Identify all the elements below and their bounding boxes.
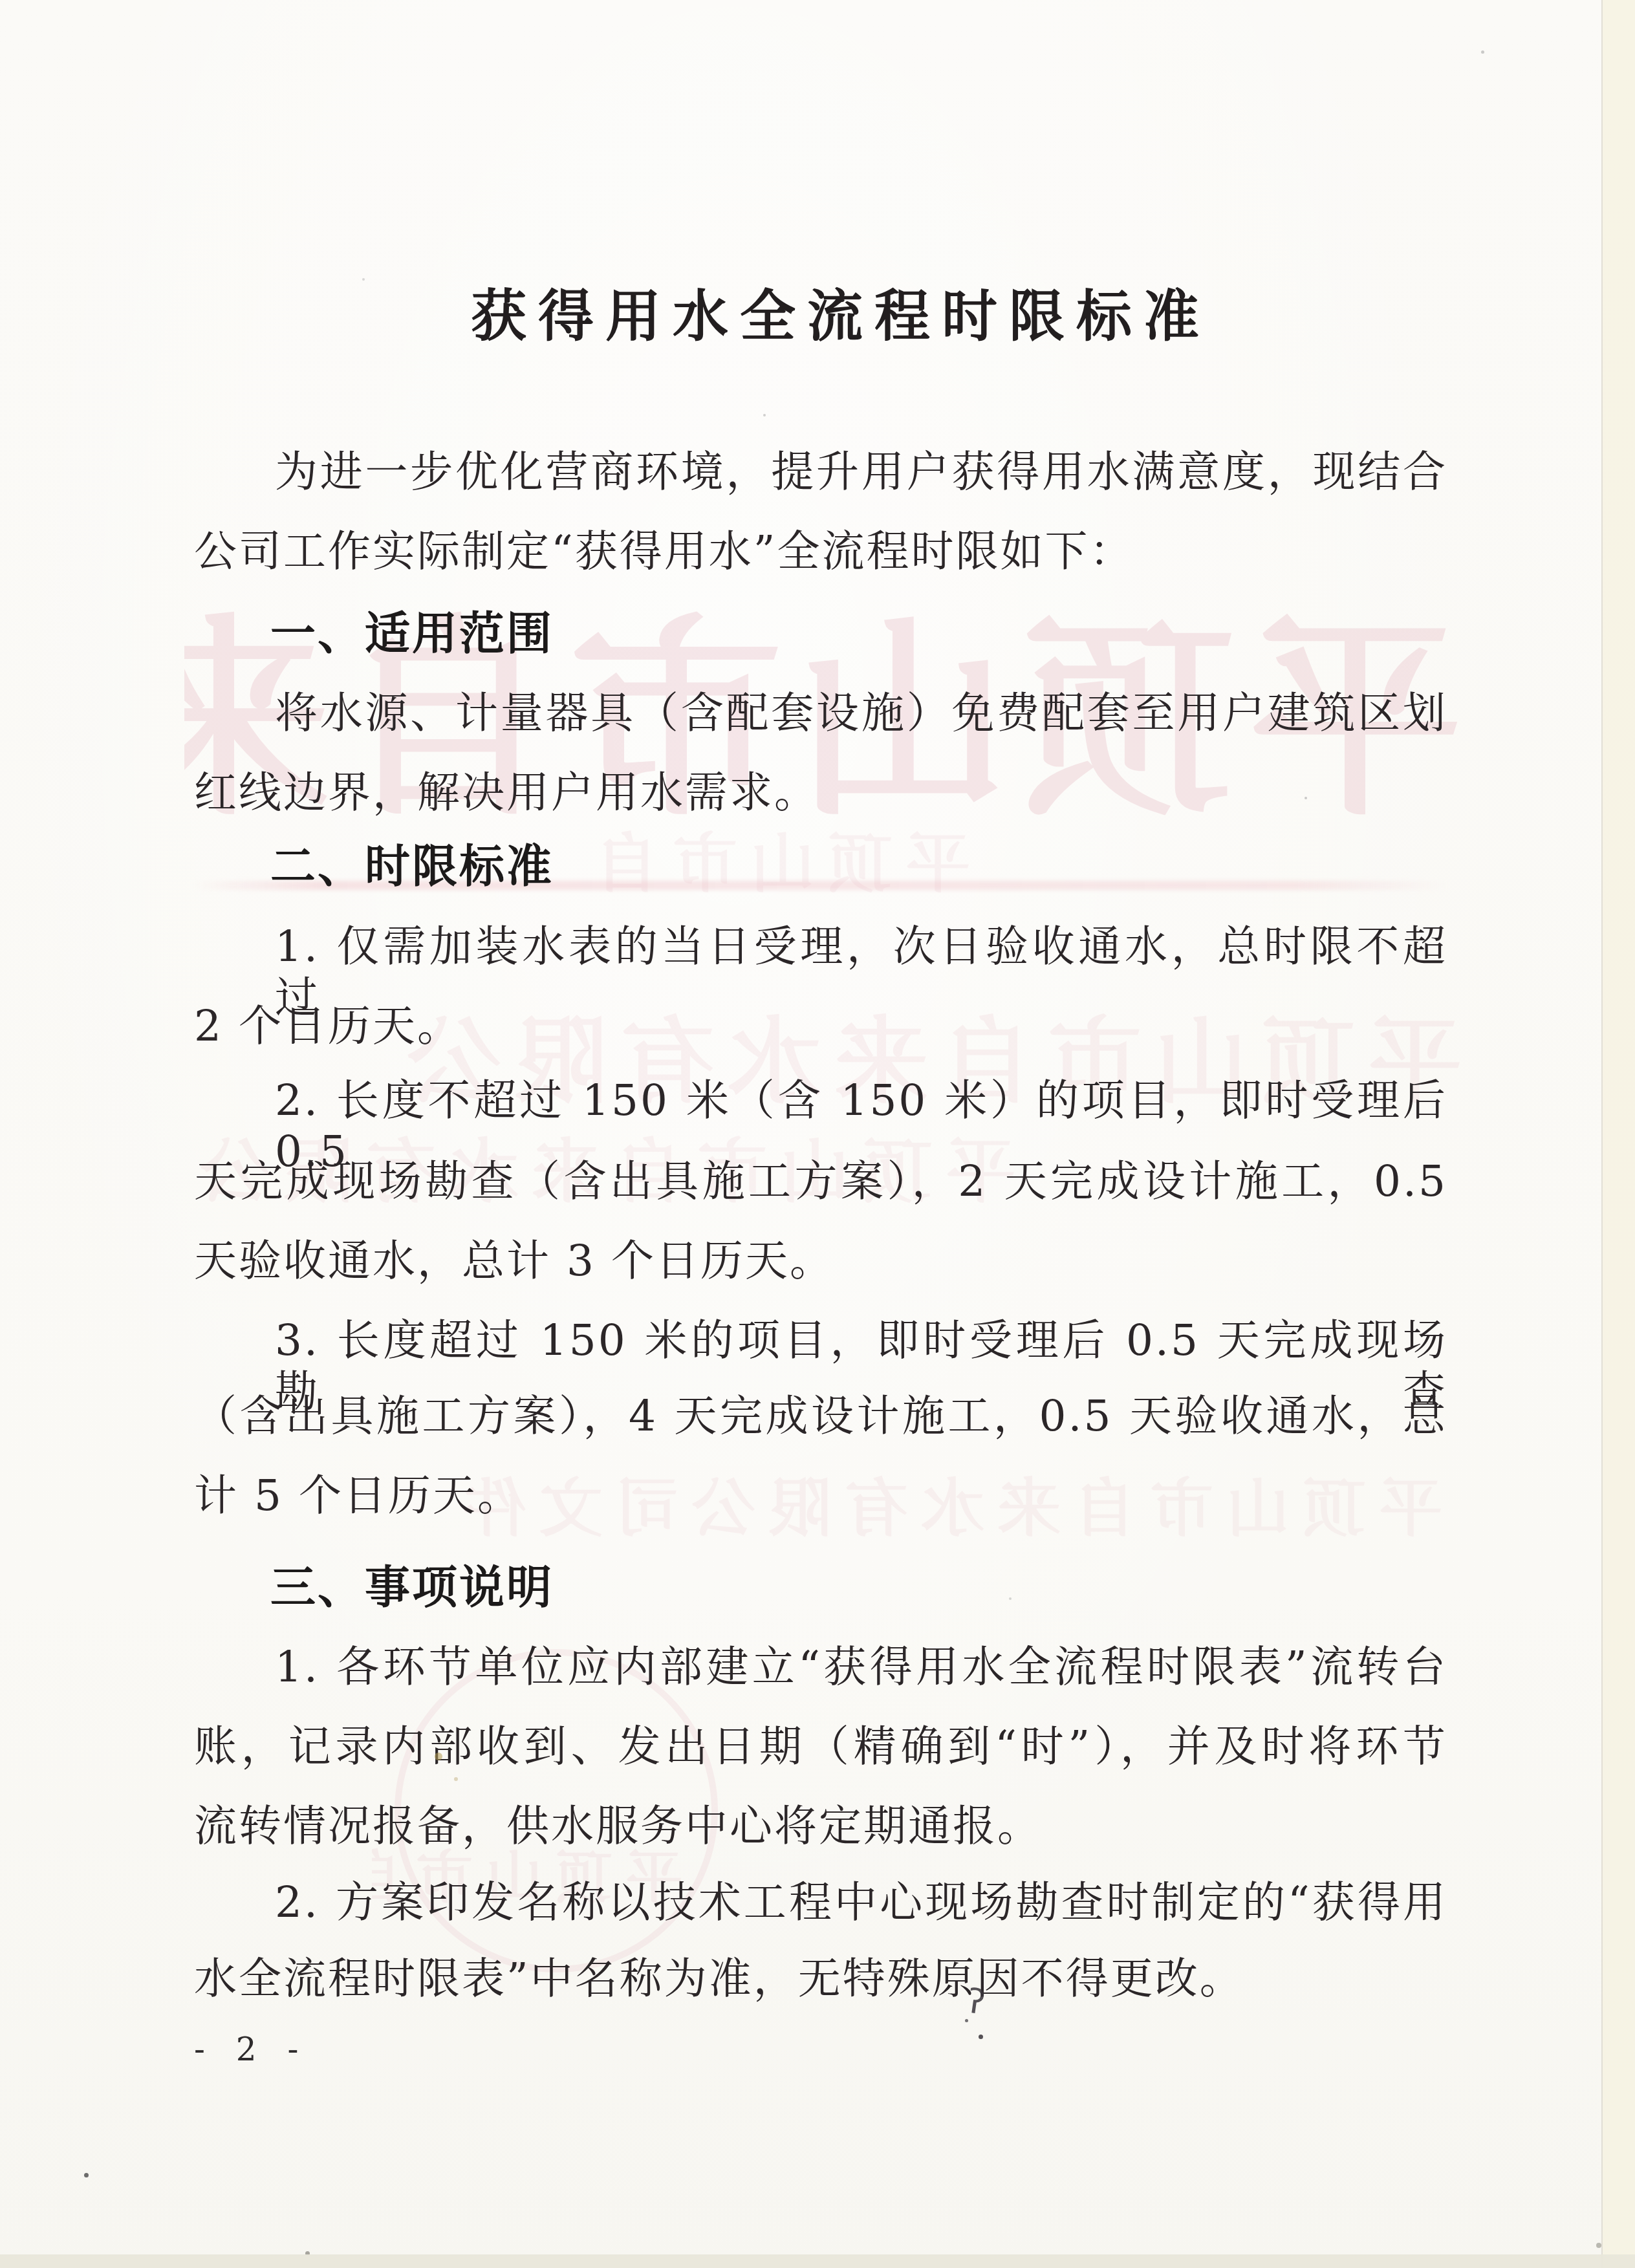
text-line: 流转情况报备，供水服务中心将定期通报。 — [194, 1800, 1042, 1852]
scan-speck — [1481, 50, 1484, 54]
scan-speck — [454, 1777, 458, 1781]
paper-right-edge-strip — [1603, 0, 1635, 2268]
text-line: 将水源、计量器具（含配套设施）免费配套至用户建筑区划 — [275, 687, 1447, 739]
paper-bottom-edge-strip — [0, 2254, 1635, 2268]
section-heading: 二、时限标准 — [270, 839, 554, 894]
text-line: 计 5 个日历天。 — [194, 1470, 522, 1521]
scanned-document-page: 平顶山市自来水有限公司文件平顶山市自来水有限公司文件平顶山市自来水有限公司文件平… — [0, 0, 1635, 2268]
text-line: 水全流程时限表”中名称为准，无特殊原因不得更改。 — [194, 1953, 1244, 2004]
scan-speck — [763, 414, 766, 416]
bleed-through-glyphs: 平顶山市自来水有限公司文件 — [414, 1473, 1442, 1544]
text-line: 公司工作实际制定“获得用水”全流程时限如下： — [194, 526, 1134, 577]
text-line: （含出具施工方案），4 天完成设计施工，0.5 天验收通水，总 — [194, 1390, 1447, 1442]
text-line: 账，记录内部收到、发出日期（精确到“时”），并及时将环节 — [194, 1721, 1447, 1772]
text-line: 2. 方案印发名称以技术工程中心现场勘查时制定的“获得用 — [275, 1877, 1447, 1928]
scan-speck — [1596, 2243, 1601, 2248]
text-line: 1. 各环节单位应内部建立“获得用水全流程时限表”流转台 — [275, 1641, 1447, 1692]
page-number: - 2 - — [194, 2031, 309, 2068]
scan-speck — [84, 2173, 89, 2177]
scan-speck — [1009, 1597, 1012, 1600]
text-line: 天完成现场勘查（含出具施工方案），2 天完成设计施工，0.5 — [194, 1156, 1447, 1207]
section-heading: 三、事项说明 — [270, 1561, 554, 1615]
scan-speck — [979, 2035, 983, 2039]
bleed-through-glyphs: 平顶山市自来水有限公司文件 — [582, 826, 970, 901]
bleed-through-text: 平顶山市自来水有限公司文件 — [582, 826, 970, 901]
document-title: 获得用水全流程时限标准 — [45, 272, 1635, 352]
section-heading: 一、适用范围 — [270, 607, 554, 661]
text-line: 红线边界，解决用户用水需求。 — [194, 767, 819, 818]
bleed-through-text: 平顶山市自来水有限公司文件 — [414, 1473, 1442, 1544]
text-line: 2 个日历天。 — [194, 1000, 462, 1052]
scan-speck — [1305, 797, 1307, 799]
text-line: 天验收通水，总计 3 个日历天。 — [194, 1235, 834, 1286]
text-line: 为进一步优化营商环境，提升用户获得用水满意度，现结合 — [275, 446, 1447, 497]
